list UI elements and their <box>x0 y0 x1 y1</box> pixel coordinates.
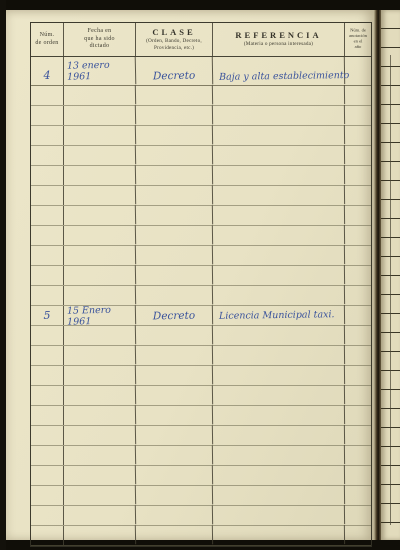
table-row <box>31 106 371 126</box>
cell-fecha <box>64 285 136 306</box>
cell-fecha <box>64 225 136 246</box>
cell-num-orden <box>31 326 64 345</box>
cell-clase <box>136 385 213 405</box>
header-referencia-title: REFERENCIA <box>235 31 321 40</box>
header-clase: CLASE (Orden, Bando, Decreto, Providenci… <box>136 23 213 56</box>
table-row <box>31 166 371 186</box>
cell-num-orden: 5 <box>31 306 64 325</box>
cell-num-orden <box>31 146 64 165</box>
cell-referencia <box>213 145 345 166</box>
table-row <box>31 446 371 466</box>
cell-anotacion <box>345 286 371 305</box>
cell-fecha <box>64 465 136 486</box>
cell-anotacion <box>345 346 371 365</box>
cell-num-orden <box>31 526 64 545</box>
cell-clase <box>136 525 213 545</box>
table-row: 4 13 enero 1961 Decreto Baja y alta esta… <box>31 57 371 86</box>
header-referencia-subtitle: (Materia o persona interesada) <box>244 41 313 48</box>
cell-referencia <box>213 85 345 106</box>
cell-fecha <box>64 505 136 526</box>
registry-table: Núm. de orden Fecha en que ha sido dicta… <box>30 22 372 547</box>
scan-border-top <box>0 0 400 10</box>
cell-fecha <box>64 525 136 546</box>
cell-referencia: Baja y alta establecimiento <box>213 56 345 86</box>
header-fecha: Fecha en que ha sido dictado <box>64 23 136 56</box>
cell-clase <box>136 145 213 165</box>
cell-anotacion <box>345 186 371 205</box>
table-header-row: Núm. de orden Fecha en que ha sido dicta… <box>31 23 371 57</box>
cell-clase <box>136 105 213 125</box>
cell-fecha: 13 enero 1961 <box>64 56 137 86</box>
cell-anotacion <box>345 326 371 345</box>
cell-fecha: 15 Enero 1961 <box>64 305 136 326</box>
cell-clase: Decreto <box>136 305 213 325</box>
cell-clase <box>136 345 213 365</box>
cell-anotacion <box>345 166 371 185</box>
cell-clase <box>136 265 213 285</box>
cell-fecha <box>64 185 136 206</box>
cell-fecha <box>64 245 136 266</box>
cell-anotacion <box>345 506 371 525</box>
cell-fecha <box>64 425 136 446</box>
next-page-edge <box>381 10 400 540</box>
table-row <box>31 286 371 306</box>
cell-fecha <box>64 345 136 366</box>
cell-anotacion <box>345 306 371 325</box>
cell-referencia <box>213 105 345 126</box>
header-referencia: REFERENCIA (Materia o persona interesada… <box>213 23 345 56</box>
cell-num-orden <box>31 366 64 385</box>
table-row <box>31 426 371 446</box>
table-row <box>31 206 371 226</box>
cell-clase <box>136 85 213 105</box>
cell-clase <box>136 425 213 445</box>
book-gutter <box>374 0 381 550</box>
scanned-ledger-page: Núm. de orden Fecha en que ha sido dicta… <box>0 0 400 550</box>
cell-clase <box>136 165 213 185</box>
cell-clase <box>136 245 213 265</box>
cell-fecha <box>64 145 136 166</box>
cell-fecha <box>64 385 136 406</box>
cell-anotacion <box>345 426 371 445</box>
cell-anotacion <box>345 366 371 385</box>
cell-anotacion <box>345 446 371 465</box>
cell-fecha <box>64 85 136 106</box>
cell-num-orden <box>31 246 64 265</box>
cell-referencia <box>213 265 345 286</box>
cell-num-orden <box>31 486 64 505</box>
table-row <box>31 86 371 106</box>
table-row <box>31 266 371 286</box>
cell-num-orden <box>31 186 64 205</box>
cell-referencia <box>213 465 345 486</box>
table-row <box>31 386 371 406</box>
cell-num-orden <box>31 426 64 445</box>
cell-referencia <box>213 225 345 246</box>
table-row <box>31 526 371 546</box>
cell-num-orden <box>31 446 64 465</box>
cell-anotacion <box>345 266 371 285</box>
cell-clase <box>136 365 213 385</box>
table-row <box>31 226 371 246</box>
cell-clase <box>136 125 213 145</box>
cell-referencia <box>213 325 345 346</box>
cell-anotacion <box>345 146 371 165</box>
cell-anotacion <box>345 486 371 505</box>
cell-num-orden <box>31 406 64 425</box>
cell-clase: Decreto <box>136 56 213 85</box>
cell-clase <box>136 185 213 205</box>
cell-anotacion <box>345 86 371 105</box>
cell-anotacion <box>345 246 371 265</box>
cell-anotacion <box>345 406 371 425</box>
cell-referencia <box>213 245 345 266</box>
cell-num-orden <box>31 206 64 225</box>
cell-referencia <box>213 405 345 426</box>
next-page-rule-line <box>390 55 391 525</box>
cell-clase <box>136 445 213 465</box>
table-row <box>31 486 371 506</box>
cell-clase <box>136 405 213 425</box>
cell-anotacion <box>345 386 371 405</box>
cell-referencia <box>213 365 345 386</box>
scan-border-left <box>0 0 6 550</box>
cell-num-orden <box>31 166 64 185</box>
cell-referencia <box>213 185 345 206</box>
table-row <box>31 146 371 166</box>
cell-referencia <box>213 505 345 526</box>
cell-anotacion <box>345 106 371 125</box>
table-row <box>31 186 371 206</box>
cell-num-orden <box>31 106 64 125</box>
cell-fecha <box>64 485 136 506</box>
cell-num-orden <box>31 86 64 105</box>
cell-num-orden <box>31 226 64 245</box>
cell-referencia <box>213 165 345 186</box>
cell-num-orden <box>31 386 64 405</box>
cell-fecha <box>64 325 136 346</box>
cell-anotacion <box>345 466 371 485</box>
cell-num-orden <box>31 266 64 285</box>
table-row <box>31 126 371 146</box>
table-row <box>31 406 371 426</box>
table-row <box>31 466 371 486</box>
cell-fecha <box>64 125 136 146</box>
table-body: 4 13 enero 1961 Decreto Baja y alta esta… <box>31 57 371 546</box>
header-anotacion: Núm. de anotación en el año <box>346 24 370 54</box>
table-row: 5 15 Enero 1961 Decreto Licencia Municip… <box>31 306 371 326</box>
cell-clase <box>136 205 213 225</box>
cell-num-orden <box>31 126 64 145</box>
cell-fecha <box>64 105 136 126</box>
cell-num-orden <box>31 286 64 305</box>
cell-clase <box>136 325 213 345</box>
header-clase-title: CLASE <box>152 28 195 37</box>
cell-referencia <box>213 525 345 546</box>
cell-clase <box>136 225 213 245</box>
cell-num-orden <box>31 506 64 525</box>
cell-referencia <box>213 425 345 446</box>
cell-fecha <box>64 365 136 386</box>
cell-referencia <box>213 285 345 306</box>
cell-clase <box>136 465 213 485</box>
header-num-orden: Núm. de orden <box>31 23 64 56</box>
cell-fecha <box>64 405 136 426</box>
cell-referencia <box>213 345 345 366</box>
cell-referencia <box>213 485 345 506</box>
header-clase-subtitle: (Orden, Bando, Decreto, Providencia, etc… <box>146 38 202 51</box>
table-row <box>31 506 371 526</box>
table-row <box>31 346 371 366</box>
cell-anotacion <box>345 226 371 245</box>
cell-fecha <box>64 445 136 466</box>
cell-anotacion <box>345 526 371 545</box>
table-row <box>31 246 371 266</box>
table-row <box>31 366 371 386</box>
cell-referencia <box>213 205 345 226</box>
cell-fecha <box>64 265 136 286</box>
cell-anotacion <box>345 126 371 145</box>
cell-referencia: Licencia Municipal taxi. <box>213 305 345 326</box>
cell-referencia <box>213 125 345 146</box>
cell-clase <box>136 505 213 525</box>
cell-fecha <box>64 165 136 186</box>
cell-num-orden: 4 <box>31 57 64 85</box>
cell-clase <box>136 485 213 505</box>
cell-num-orden <box>31 346 64 365</box>
cell-referencia <box>213 445 345 466</box>
table-row <box>31 326 371 346</box>
cell-fecha <box>64 205 136 226</box>
cell-clase <box>136 285 213 305</box>
cell-referencia <box>213 385 345 406</box>
cell-num-orden <box>31 466 64 485</box>
cell-anotacion <box>345 206 371 225</box>
